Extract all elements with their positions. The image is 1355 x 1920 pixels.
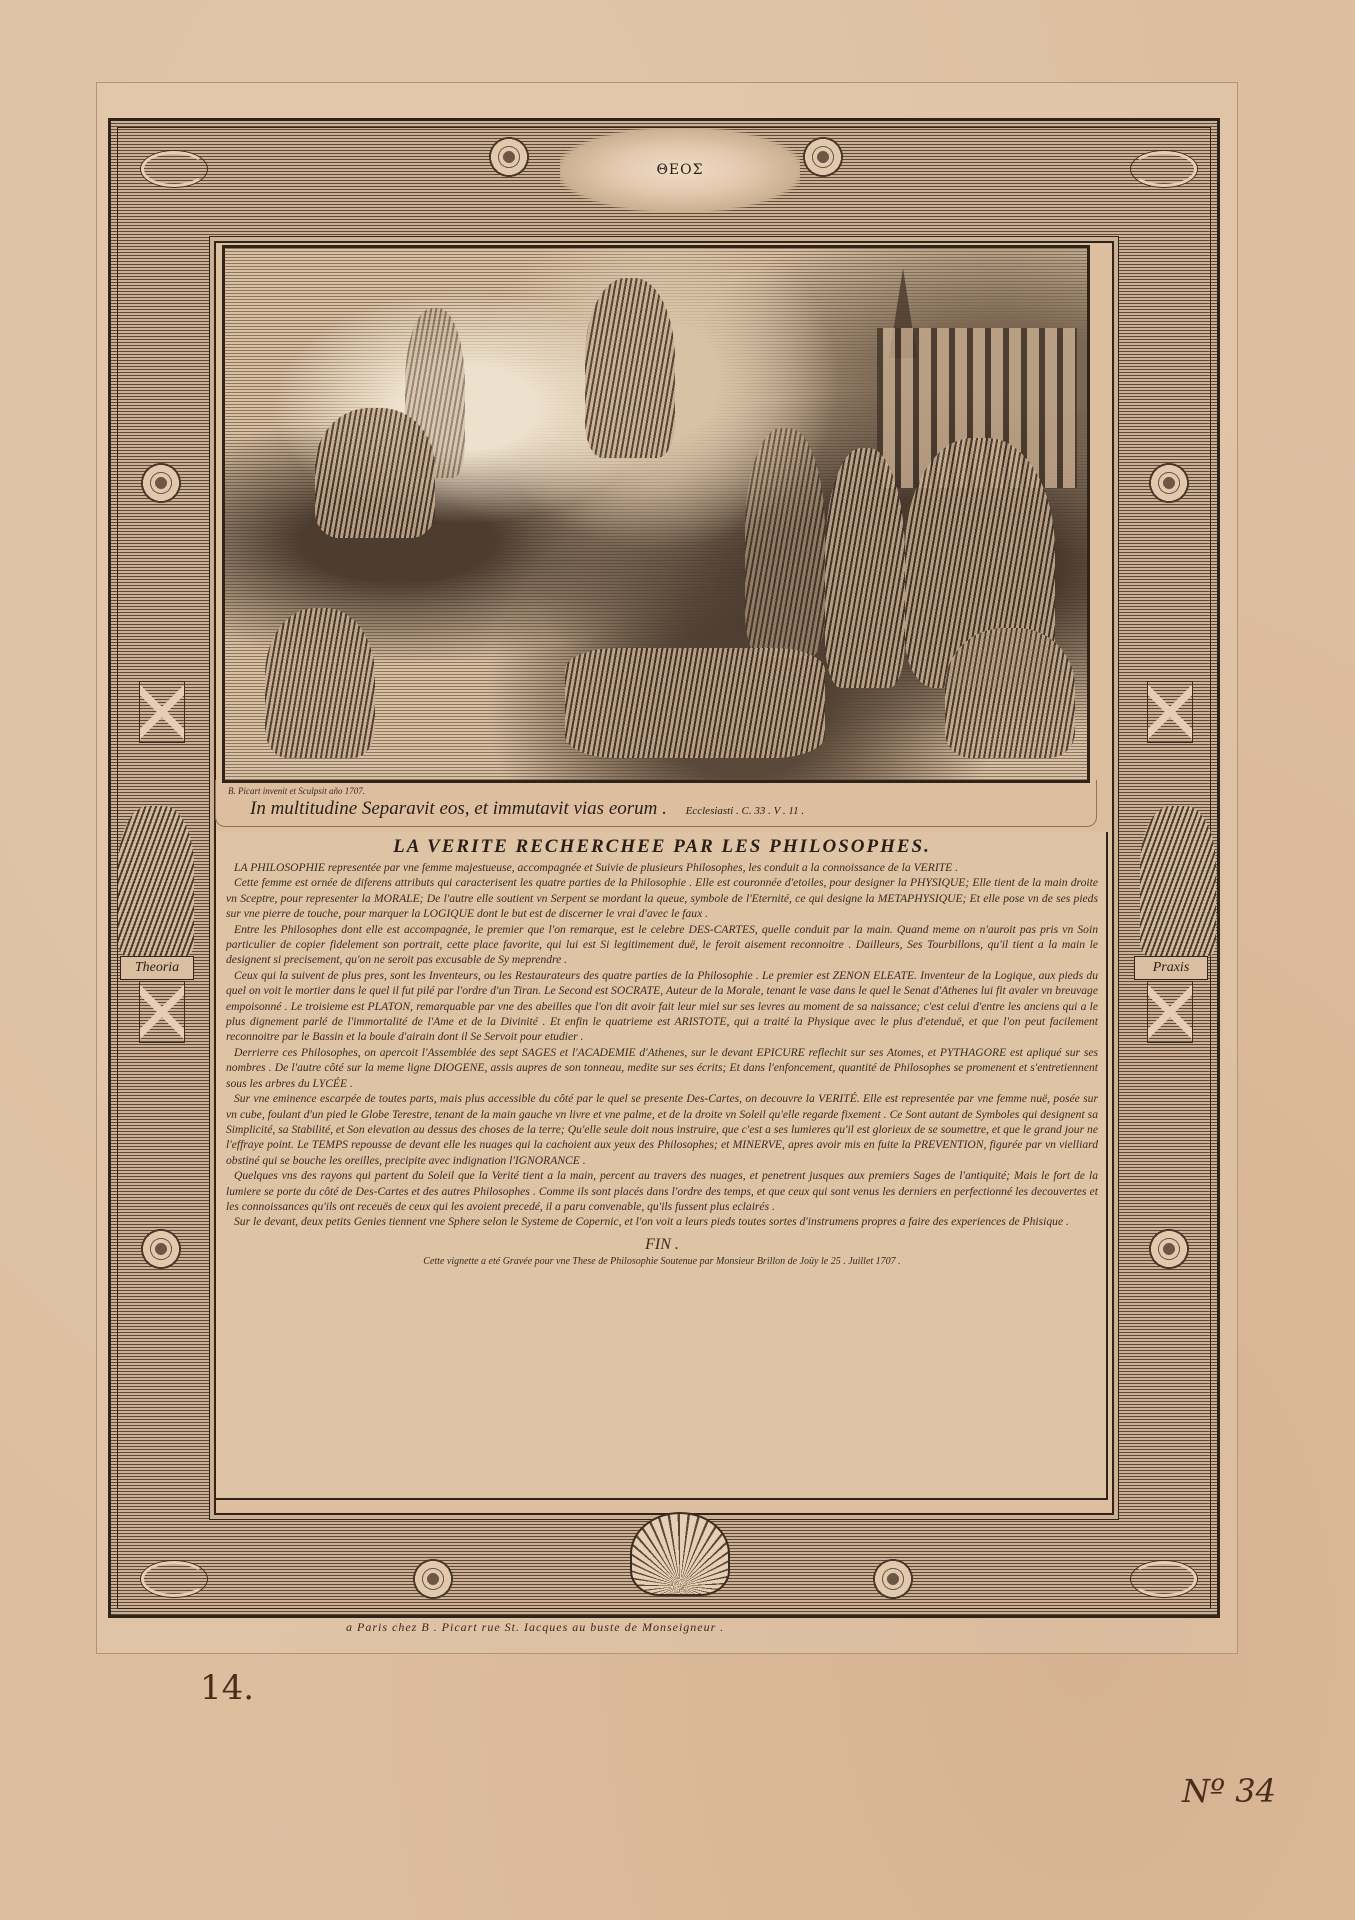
praxis-figure-icon: [1140, 806, 1216, 956]
latin-motto: In multitudine Separavit eos, et immutav…: [250, 798, 1090, 820]
paragraph: LA PHILOSOPHIE representée par vne femme…: [226, 860, 1098, 875]
figure-descartes-icon: [825, 448, 905, 688]
rosette-ornament-icon: [1147, 1227, 1191, 1271]
scallop-shell-icon: [630, 1512, 730, 1596]
scroll-ornament-icon: [1131, 151, 1197, 187]
instruments-pile-icon: [565, 648, 825, 758]
theos-label: ΘΕΟΣ: [656, 162, 703, 178]
rosette-ornament-icon: [801, 135, 845, 179]
theos-sunburst: ΘΕΟΣ: [560, 128, 800, 212]
engraver-credit: B. Picart invenit et Sculpsit año 1707.: [228, 786, 365, 796]
paragraph: Sur le devant, deux petits Genies tienne…: [226, 1214, 1098, 1229]
rosette-ornament-icon: [871, 1557, 915, 1601]
paragraph: Quelques vns des rayons qui partent du S…: [226, 1168, 1098, 1214]
paragraph: Entre les Philosophes dont elle est acco…: [226, 922, 1098, 968]
praxis-label: Praxis: [1134, 956, 1208, 980]
figure-philosophy-icon: [745, 428, 825, 658]
lattice-ornament-icon: [1147, 981, 1193, 1043]
explanation-panel: LA VERITE RECHERCHEE PAR LES PHILOSOPHES…: [214, 832, 1108, 1500]
rosette-ornament-icon: [487, 135, 531, 179]
scroll-ornament-icon: [141, 1561, 207, 1597]
paragraph: Ceux qui la suivent de plus pres, sont l…: [226, 968, 1098, 1045]
scroll-ornament-icon: [141, 151, 207, 187]
dedication-line: Cette vignette a eté Gravée pour vne The…: [226, 1256, 1098, 1267]
rosette-ornament-icon: [139, 1227, 183, 1271]
scroll-ornament-icon: [1131, 1561, 1197, 1597]
handwritten-number-right: Nº 34: [1182, 1772, 1276, 1810]
figure-diogenes-icon: [265, 608, 375, 758]
figure-time-icon: [315, 408, 435, 538]
fin-mark: FIN .: [226, 1236, 1098, 1254]
rosette-ornament-icon: [139, 461, 183, 505]
paragraph: Cette femme est ornée de diferens attrib…: [226, 875, 1098, 921]
theoria-label: Theoria: [120, 956, 194, 980]
plate-title: LA VERITE RECHERCHEE PAR LES PHILOSOPHES…: [226, 836, 1098, 858]
paragraph: Derrierre ces Philosophes, on apercoit l…: [226, 1045, 1098, 1091]
publisher-imprint: a Paris chez B . Picart rue St. Iacques …: [346, 1620, 724, 1635]
handwritten-number-left: 14.: [200, 1668, 254, 1708]
engraving-scene: [222, 245, 1090, 783]
theoria-figure-icon: [118, 806, 194, 956]
rosette-ornament-icon: [1147, 461, 1191, 505]
motto-reference: Ecclesiasti . C. 33 . V . 11 .: [686, 805, 804, 817]
lattice-ornament-icon: [139, 981, 185, 1043]
motto-text: In multitudine Separavit eos, et immutav…: [250, 798, 667, 819]
lattice-ornament-icon: [1147, 681, 1193, 743]
lattice-ornament-icon: [139, 681, 185, 743]
rosette-ornament-icon: [411, 1557, 455, 1601]
figure-minerva-icon: [585, 278, 675, 458]
figure-epicure-icon: [945, 628, 1075, 758]
paragraph: Sur vne eminence escarpée de toutes part…: [226, 1091, 1098, 1168]
